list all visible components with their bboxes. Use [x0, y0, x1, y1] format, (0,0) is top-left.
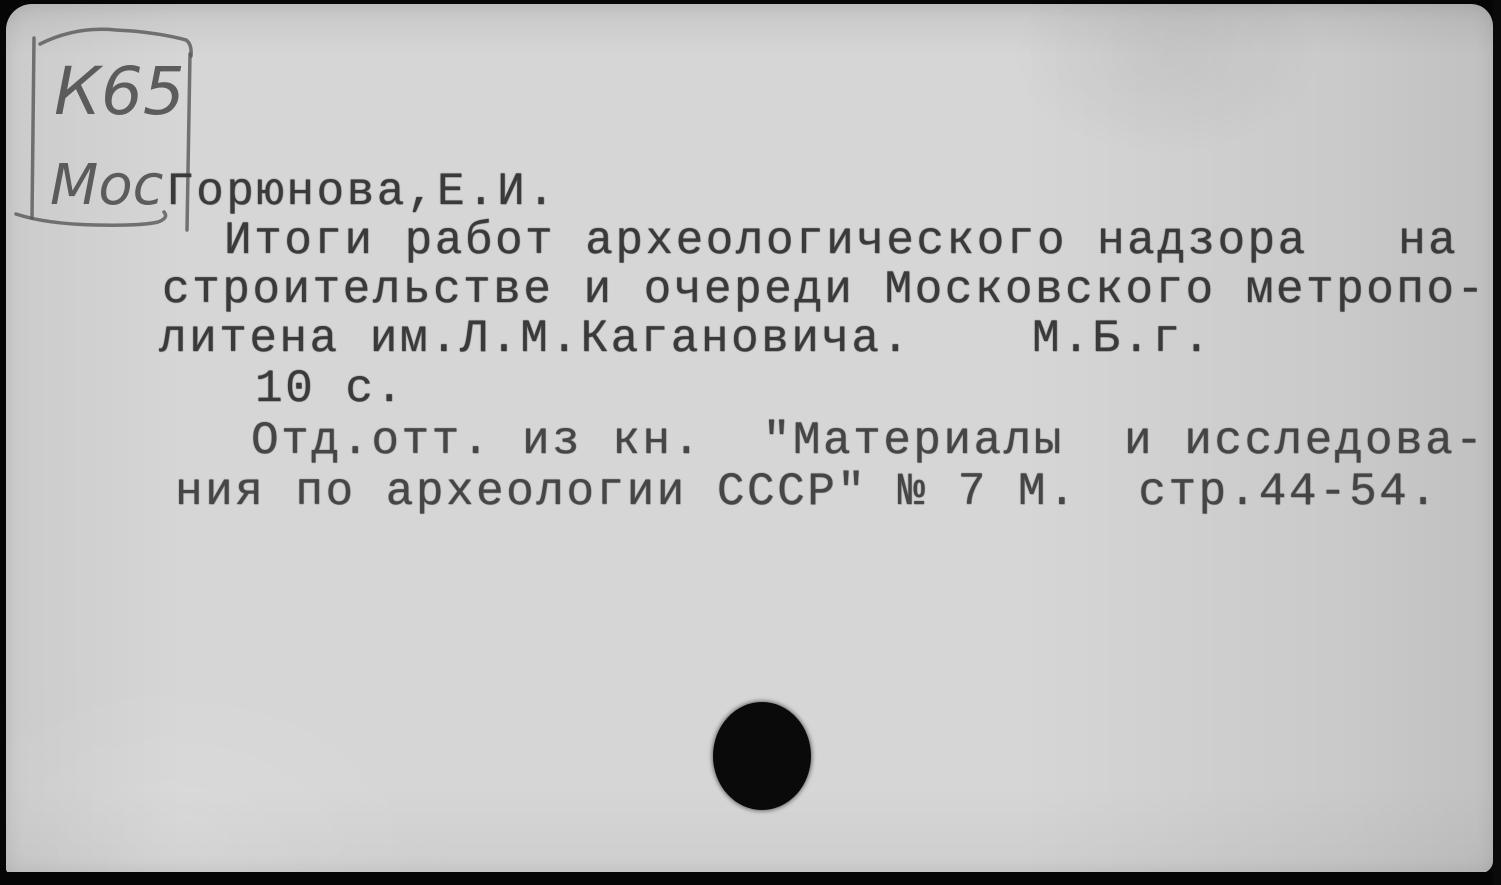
call-number-handwritten: К65: [54, 53, 185, 130]
source-note-line-2: ния по археологии СССР" № 7 М. стр.44-54…: [175, 469, 1439, 515]
scan-bottom-edge: [0, 872, 1501, 885]
author-line: Горюнова,Е.И.: [166, 169, 557, 215]
scanned-catalog-card-page: { "scan": { "background_color": "#060606…: [0, 0, 1501, 885]
location-mark-handwritten: Мос: [50, 153, 164, 218]
title-line-3-imprint: литена им.Л.М.Кагановича. М.Б.г.: [159, 316, 1213, 362]
title-line-1: Итоги работ археологического надзора на: [224, 218, 1458, 264]
catalog-card: К65 Мос Горюнова,Е.И. Итоги работ археол…: [6, 4, 1493, 873]
scan-right-edge: [1493, 0, 1501, 885]
source-note-line-1: Отд.отт. из кн. "Материалы и исследова-: [251, 418, 1485, 464]
title-line-2: строительстве и очереди Московского метр…: [162, 267, 1487, 313]
call-number-box-left: [32, 38, 34, 218]
hole-punch: [713, 702, 811, 810]
pagination-line: 10 с.: [255, 366, 406, 412]
call-number-box: [40, 29, 191, 56]
